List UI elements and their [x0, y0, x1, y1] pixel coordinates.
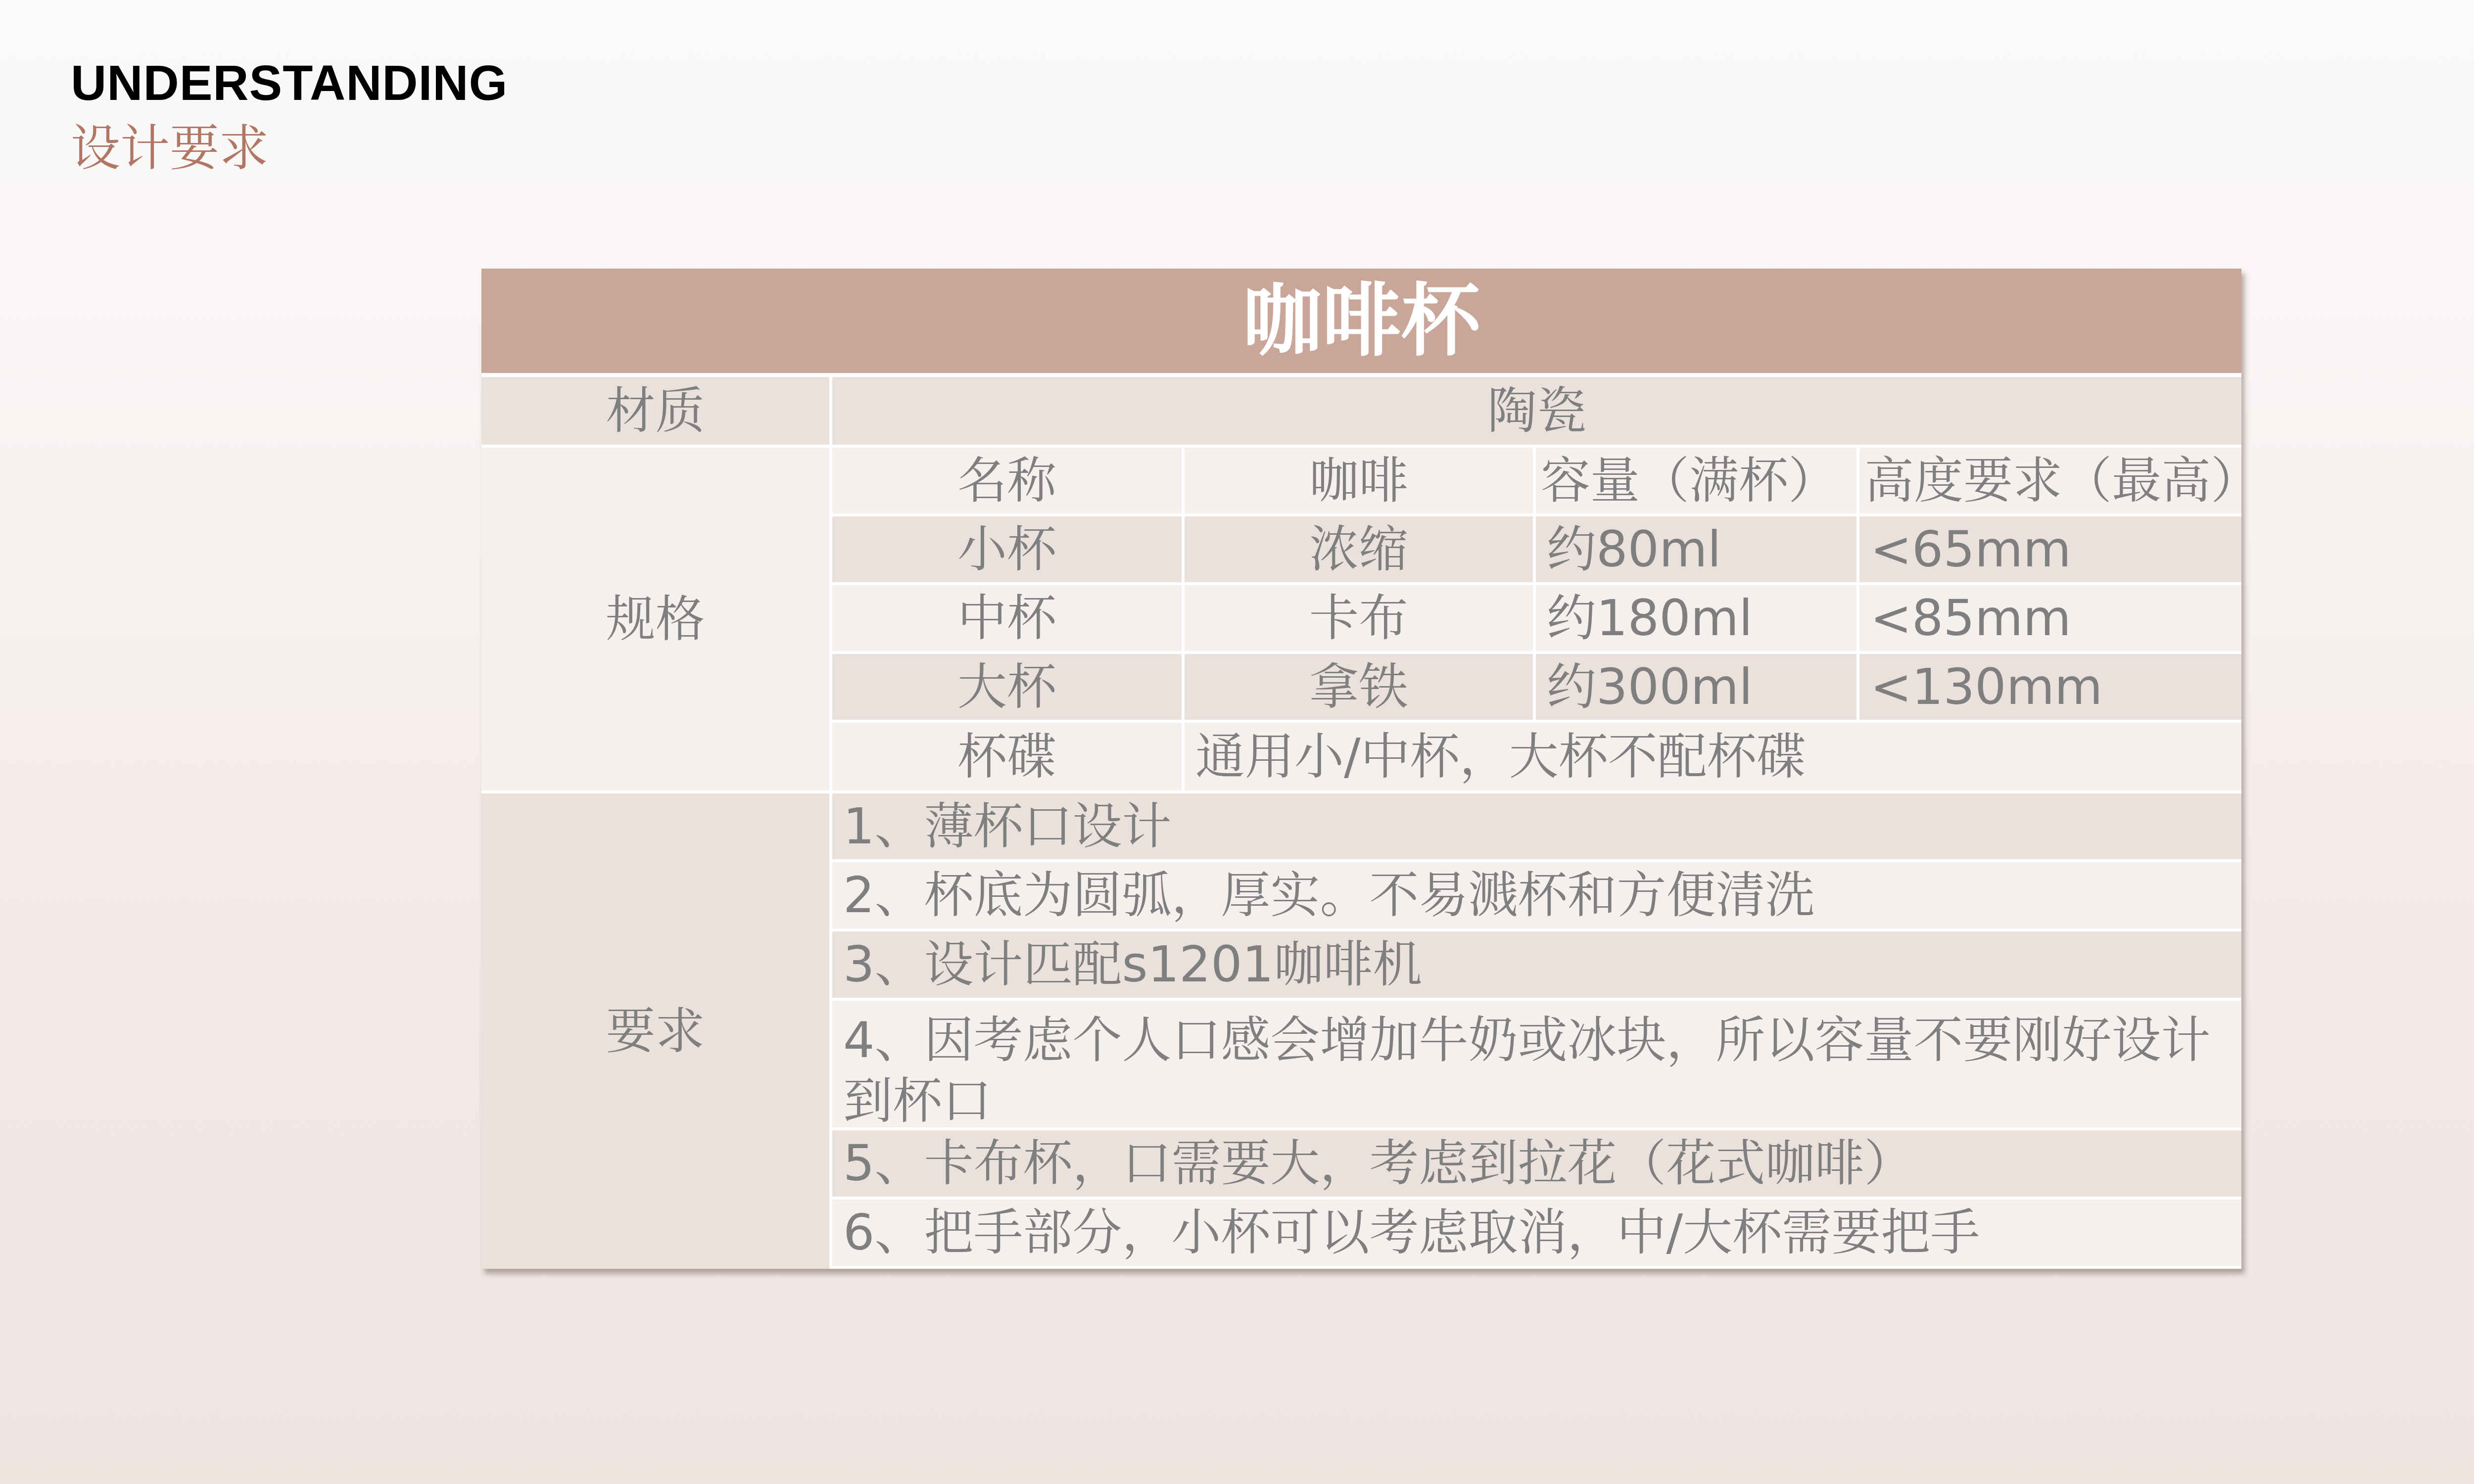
table-title: 咖啡杯	[481, 269, 2241, 373]
spec-col-coffee-header: 咖啡	[1185, 448, 1533, 513]
spec-row-capacity: 约180ml	[1536, 585, 1856, 651]
spec-row-height: <65mm	[1859, 516, 2241, 582]
requirement-item: 2、杯底为圆弧，厚实。不易溅杯和方便清洗	[832, 862, 2241, 928]
material-value: 陶瓷	[832, 377, 2241, 445]
requirement-item: 3、设计匹配s1201咖啡机	[832, 931, 2241, 998]
saucer-label: 杯碟	[832, 723, 1182, 790]
saucer-value: 通用小/中杯，大杯不配杯碟	[1185, 723, 2241, 790]
spec-row-coffee: 拿铁	[1185, 654, 1533, 720]
spec-row-name: 大杯	[832, 654, 1182, 720]
spec-col-name-header: 名称	[832, 448, 1182, 513]
requirement-item: 4、因考虑个人口感会增加牛奶或冰块，所以容量不要刚好设计到杯口	[832, 1001, 2241, 1127]
spec-row-name: 中杯	[832, 585, 1182, 651]
spec-row-coffee: 浓缩	[1185, 516, 1533, 582]
requirement-item: 1、薄杯口设计	[832, 793, 2241, 859]
spec-row-name: 小杯	[832, 516, 1182, 582]
spec-row-coffee: 卡布	[1185, 585, 1533, 651]
material-label: 材质	[481, 377, 829, 445]
spec-col-capacity-header: 容量（满杯）	[1536, 448, 1856, 513]
spec-row-capacity: 约80ml	[1536, 516, 1856, 582]
spec-label: 规格	[481, 448, 829, 790]
spec-row-height: <130mm	[1859, 654, 2241, 720]
requirement-item: 6、把手部分，小杯可以考虑取消，中/大杯需要把手	[832, 1200, 2241, 1266]
section-title-en: UNDERSTANDING	[71, 58, 508, 108]
spec-row-height: <85mm	[1859, 585, 2241, 651]
section-title-cn: 设计要求	[71, 121, 269, 176]
requirement-item: 5、卡布杯，口需要大，考虑到拉花（花式咖啡）	[832, 1130, 2241, 1197]
spec-row-capacity: 约300ml	[1536, 654, 1856, 720]
requirements-label: 要求	[481, 793, 829, 1269]
coffee-cup-spec-table: 咖啡杯 材质 陶瓷 规格 名称 咖啡 容量（满杯） 高度要求（最高） 小杯 浓缩…	[481, 269, 2241, 1269]
spec-col-height-header: 高度要求（最高）	[1859, 448, 2241, 513]
